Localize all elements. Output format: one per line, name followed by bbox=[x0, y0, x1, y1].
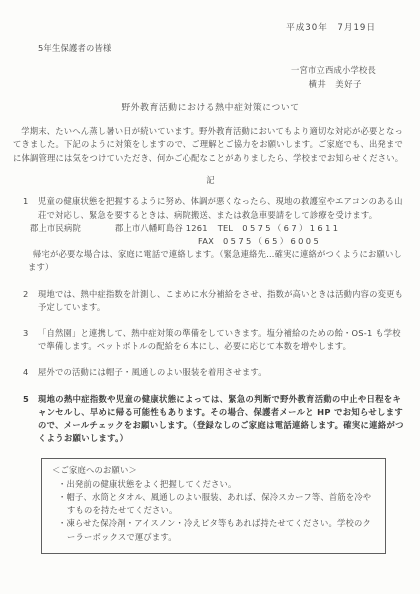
request-bullet-1: ・出発前の健康状態をよく把握してください。 bbox=[58, 478, 376, 491]
numbered-list: 1児童の健康状態を把握するように努め、体調が悪くなったら、現地の救護室やエアコン… bbox=[23, 195, 408, 445]
request-bullet-2: ・帽子、水筒とタオル、風通しのよい服装、あれば、保冷スカーフ等、首筋を冷やすもの… bbox=[58, 491, 376, 517]
list-item-1: 1児童の健康状態を把握するように努め、体調が悪くなったら、現地の救護室やエアコン… bbox=[23, 195, 408, 274]
item-2-text: 現地では、熱中症指数を計測し、こまめに水分補給をさせ、指数が高いときは活動内容の… bbox=[38, 289, 403, 312]
item-4-text: 屋外での活動には帽子・風通しのよい服装を着用させます。 bbox=[38, 367, 267, 377]
request-bullet-3: ・凍らせた保冷剤・アイスノン・冷えピタ等もあれば持たせてください。学校のクーラー… bbox=[58, 517, 376, 543]
hospital-contact-line: 郡上市民病院 郡上市八幡町島谷 1261 TEL 0575（67）1611 bbox=[30, 222, 408, 235]
item-5-number: 5 bbox=[23, 393, 38, 406]
list-item-2: 2現地では、熱中症指数を計測し、こまめに水分補給をさせ、指数が高いときは活動内容… bbox=[23, 288, 408, 314]
request-box-heading: ＜ご家庭へのお願い＞ bbox=[52, 464, 376, 477]
list-item-3: 3「自然園」と連携して、熱中症対策の準備をしていきます。塩分補給のための飴・OS… bbox=[23, 327, 408, 353]
fax-label: FAX bbox=[198, 235, 214, 248]
fax-number: 0575（65）6005 bbox=[223, 235, 321, 248]
date: 平成30年 7月19日 bbox=[13, 22, 408, 35]
item-1-note: 帰宅が必要な場合は、家庭に電話で連絡します。（緊急連絡先…確実に連絡がつくように… bbox=[28, 248, 408, 274]
item-3-number: 3 bbox=[23, 327, 38, 340]
list-item-5: 5現地の熱中症指数や児童の健康状態によっては、緊急の判断で野外教育活動の中止や日… bbox=[23, 393, 408, 446]
tel-number: 0575（67）1611 bbox=[242, 222, 340, 235]
sender-title: 一宮市立西成小学校長 bbox=[13, 64, 408, 77]
request-box: ＜ご家庭へのお願い＞ ・出発前の健康状態をよく把握してください。 ・帽子、水筒と… bbox=[41, 458, 386, 553]
intro-paragraph: 学期末、たいへん蒸し暑い日が続いています。野外教育活動においてもより適切な対応が… bbox=[13, 125, 408, 165]
item-4-number: 4 bbox=[23, 366, 38, 379]
addressee: 5年生保護者の皆様 bbox=[38, 42, 408, 55]
item-1-number: 1 bbox=[23, 195, 38, 208]
item-3-text: 「自然園」と連携して、熱中症対策の準備をしていきます。塩分補給のための飴・OS-… bbox=[38, 328, 401, 351]
item-2-number: 2 bbox=[23, 288, 38, 301]
hospital-address: 郡上市八幡町島谷 1261 bbox=[115, 222, 208, 235]
sender-name: 横井 美好子 bbox=[13, 78, 408, 91]
fax-contact-line: FAX 0575（65）6005 bbox=[198, 235, 408, 248]
tel-label: TEL bbox=[218, 222, 234, 235]
hospital-name: 郡上市民病院 bbox=[30, 222, 81, 235]
item-5-text: 現地の熱中症指数や児童の健康状態によっては、緊急の判断で野外教育活動の中止や日程… bbox=[38, 394, 404, 444]
scanned-letter-page: 平成30年 7月19日 5年生保護者の皆様 一宮市立西成小学校長 横井 美好子 … bbox=[0, 0, 420, 594]
item-1-text: 児童の健康状態を把握するように努め、体調が悪くなったら、現地の救護室やエアコンの… bbox=[38, 196, 403, 219]
list-item-4: 4屋外での活動には帽子・風通しのよい服装を着用させます。 bbox=[23, 366, 408, 379]
document-body: 平成30年 7月19日 5年生保護者の皆様 一宮市立西成小学校長 横井 美好子 … bbox=[0, 0, 420, 554]
document-title: 野外教育活動における熱中症対策について bbox=[13, 102, 408, 115]
kigo-marker: 記 bbox=[13, 174, 408, 187]
